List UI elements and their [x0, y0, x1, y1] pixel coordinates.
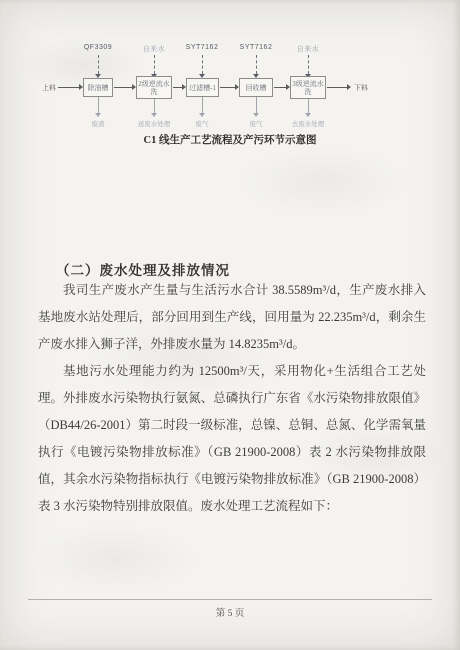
footer-rule [28, 599, 432, 600]
chemical-feed-label: SYT7162 [177, 44, 227, 51]
paragraph: 我司生产废水产生量与生活污水合计 38.5589m³/d，生产废水排入基地废水站… [38, 277, 426, 358]
process-box: 3级逆流水洗 [290, 76, 326, 99]
section-heading: （二）废水处理及排放情况 [56, 259, 230, 279]
process-box: 2级逆流水洗 [136, 76, 172, 99]
arrow-down-icon [305, 113, 311, 117]
waste-arrow [154, 99, 155, 113]
arrow-right-icon [182, 84, 186, 90]
water-feed-label: 自来水 [283, 44, 333, 54]
arrow-right-icon [132, 84, 136, 90]
waste-arrow [308, 99, 309, 113]
flow-line [173, 87, 182, 88]
dashed-feed-arrow [256, 55, 257, 74]
body-text: 我司生产废水产生量与生活污水合计 38.5589m³/d，生产废水排入基地废水站… [38, 277, 426, 520]
process-box: 除油槽 [83, 78, 113, 97]
waste-label: 废渣 [66, 119, 130, 128]
arrow-right-icon [235, 84, 239, 90]
flow-line [327, 87, 347, 88]
scanned-document-page: QF3309 自来水 SYT7162 SYT7162 自来水 上料 下料 除油槽… [0, 0, 460, 650]
process-flowchart: QF3309 自来水 SYT7162 SYT7162 自来水 上料 下料 除油槽… [0, 0, 460, 160]
process-box: 回收槽 [239, 78, 273, 97]
flow-end-label: 下料 [354, 83, 368, 93]
chemical-feed-label: QF3309 [73, 44, 123, 51]
arrow-down-icon [151, 113, 157, 117]
flow-start-label: 上料 [42, 83, 56, 93]
waste-arrow [98, 97, 99, 113]
arrow-right-icon [286, 84, 290, 90]
flow-line [58, 87, 79, 88]
process-box: 过滤槽-1 [186, 78, 219, 97]
arrow-right-icon [79, 84, 83, 90]
flow-line [114, 87, 132, 88]
paragraph: 基地污水处理能力约为 12500m³/天，采用物化+生活组合工艺处理。外排废水污… [38, 358, 426, 520]
chemical-feed-label: SYT7162 [231, 44, 281, 51]
page-number: 第 5 页 [0, 605, 460, 619]
waste-arrow [202, 97, 203, 113]
flow-line [220, 87, 235, 88]
dashed-feed-arrow [98, 55, 99, 74]
arrow-down-icon [199, 113, 205, 117]
flowchart-caption: C1 线生产工艺流程及产污环节示意图 [0, 132, 460, 147]
dashed-feed-arrow [308, 55, 309, 74]
waste-arrow [256, 97, 257, 113]
arrow-down-icon [95, 113, 101, 117]
dashed-feed-arrow [202, 55, 203, 74]
waste-label: 去废水处理 [276, 119, 340, 128]
arrow-down-icon [253, 113, 259, 117]
water-feed-label: 自来水 [129, 44, 179, 54]
arrow-right-icon [347, 84, 351, 90]
flow-line [274, 87, 286, 88]
dashed-feed-arrow [154, 55, 155, 74]
